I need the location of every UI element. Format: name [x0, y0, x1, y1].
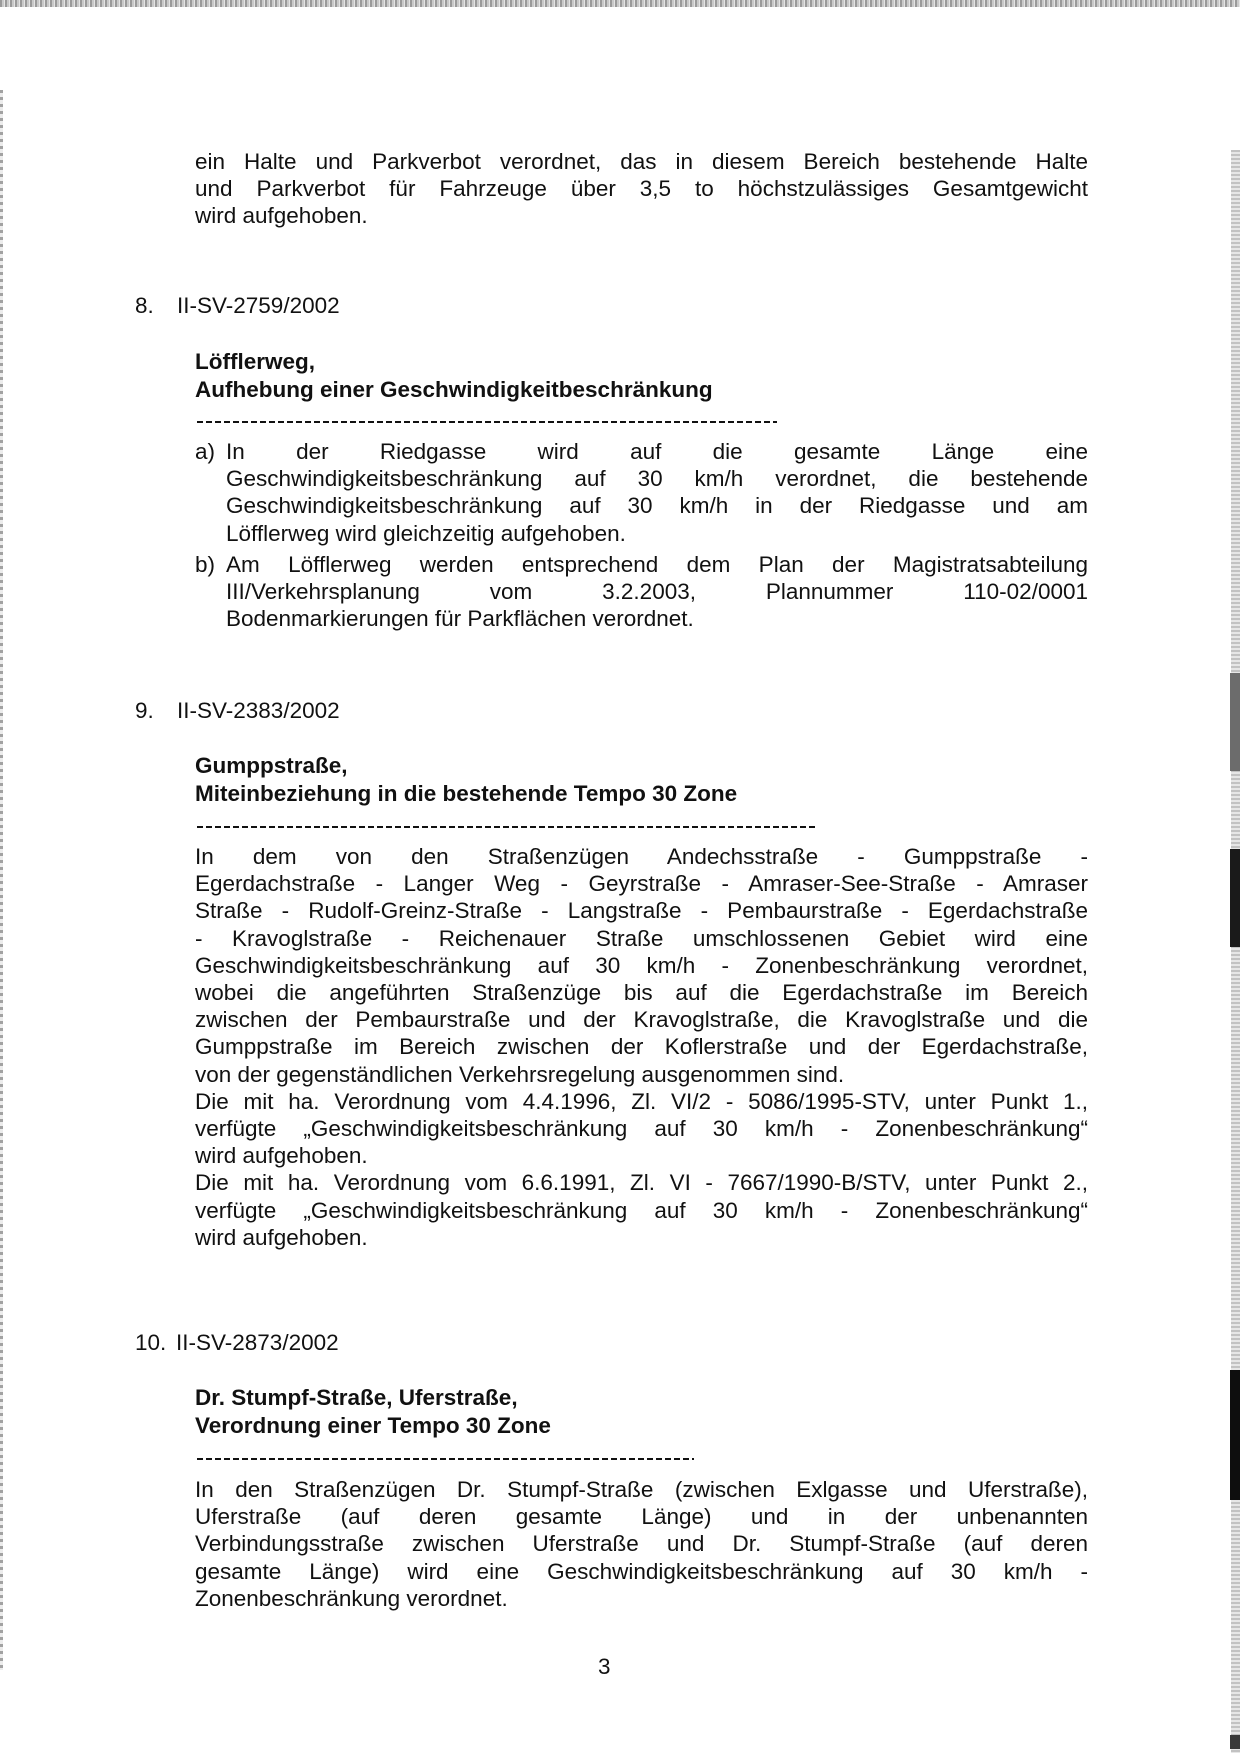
text-line: Geschwindigkeitsbeschränkung auf 30 km/h…	[195, 952, 1088, 979]
text-line: Geschwindigkeitsbeschränkung auf 30 km/h…	[226, 465, 1088, 492]
text-line: - Kravoglstraße - Reichenauer Straße ums…	[195, 925, 1088, 952]
scan-edge-right	[1231, 150, 1240, 1753]
text-line: verfügte „Geschwindigkeitsbeschränkung a…	[195, 1115, 1088, 1142]
text-line: Löfflerweg wird gleichzeitig aufgehoben.	[226, 520, 1088, 547]
scan-edge-band	[1230, 1370, 1240, 1500]
item-8-subitem-a: a) In der Riedgasse wird auf die gesamte…	[195, 438, 1088, 547]
text-line: wird aufgehoben.	[195, 1224, 1088, 1251]
item-8-header: 8.II-SV-2759/2002	[135, 292, 340, 319]
text-line: verfügte „Geschwindigkeitsbeschränkung a…	[195, 1197, 1088, 1224]
page-number: 3	[598, 1654, 611, 1680]
text-line: wird aufgehoben.	[195, 1142, 1088, 1169]
item-8-subitem-b: b) Am Löfflerweg werden entsprechend dem…	[195, 551, 1088, 633]
title-line: Löfflerweg,	[195, 348, 713, 376]
title-line: Dr. Stumpf-Straße, Uferstraße,	[195, 1384, 551, 1412]
item-number: 10.	[135, 1329, 176, 1356]
title-line: Aufhebung einer Geschwindigkeitbeschränk…	[195, 376, 713, 404]
scan-edge-band	[1230, 673, 1240, 771]
text-line: In den Straßenzügen Dr. Stumpf-Straße (z…	[195, 1476, 1088, 1503]
item-8-title: Löfflerweg, Aufhebung einer Geschwindigk…	[195, 348, 713, 404]
text-line: wird aufgehoben.	[195, 202, 1088, 229]
text-line: und Parkverbot für Fahrzeuge über 3,5 to…	[195, 175, 1088, 202]
text-line: wobei die angeführten Straßenzüge bis au…	[195, 979, 1088, 1006]
scan-edge-top	[0, 0, 1240, 7]
item-10-paragraph: In den Straßenzügen Dr. Stumpf-Straße (z…	[195, 1476, 1088, 1612]
text-line: Gumppstraße im Bereich zwischen der Kofl…	[195, 1033, 1088, 1060]
subitem-marker: b)	[195, 551, 215, 578]
text-line: Am Löfflerweg werden entsprechend dem Pl…	[226, 551, 1088, 578]
item-10-header: 10.II-SV-2873/2002	[135, 1329, 339, 1356]
scan-edge-band	[1230, 849, 1240, 947]
title-line: Verordnung einer Tempo 30 Zone	[195, 1412, 551, 1440]
dashed-rule	[197, 421, 777, 423]
text-line: Zonenbeschränkung verordnet.	[195, 1585, 1088, 1612]
item-number: 8.	[135, 292, 177, 319]
text-line: Geschwindigkeitsbeschränkung auf 30 km/h…	[226, 492, 1088, 519]
text-line: Die mit ha. Verordnung vom 4.4.1996, Zl.…	[195, 1088, 1088, 1115]
item-reference: II-SV-2759/2002	[177, 293, 340, 318]
text-line: Straße - Rudolf-Greinz-Straße - Langstra…	[195, 897, 1088, 924]
text-line: Die mit ha. Verordnung vom 6.6.1991, Zl.…	[195, 1169, 1088, 1196]
continuation-paragraph: ein Halte und Parkverbot verordnet, das …	[195, 148, 1088, 230]
item-9-title: Gumppstraße, Miteinbeziehung in die best…	[195, 752, 737, 808]
item-reference: II-SV-2383/2002	[177, 698, 340, 723]
item-9-header: 9.II-SV-2383/2002	[135, 697, 340, 724]
scan-edge-left	[0, 90, 3, 1670]
text-line: III/Verkehrsplanung vom 3.2.2003, Plannu…	[226, 578, 1088, 605]
text-line: gesamte Länge) wird eine Geschwindigkeit…	[195, 1558, 1088, 1585]
dashed-rule	[197, 826, 817, 828]
text-line: In der Riedgasse wird auf die gesamte Lä…	[226, 438, 1088, 465]
text-line: Egerdachstraße - Langer Weg - Geyrstraße…	[195, 870, 1088, 897]
text-line: ein Halte und Parkverbot verordnet, das …	[195, 148, 1088, 175]
item-10-title: Dr. Stumpf-Straße, Uferstraße, Verordnun…	[195, 1384, 551, 1440]
item-9-paragraph-1: In dem von den Straßenzügen Andechsstraß…	[195, 843, 1088, 1251]
title-line: Gumppstraße,	[195, 752, 737, 780]
text-line: Uferstraße (auf deren gesamte Länge) und…	[195, 1503, 1088, 1530]
scan-edge-band	[1230, 1735, 1240, 1749]
text-line: zwischen der Pembaurstraße und der Kravo…	[195, 1006, 1088, 1033]
item-number: 9.	[135, 697, 177, 724]
text-line: von der gegenständlichen Verkehrsregelun…	[195, 1061, 1088, 1088]
dashed-rule	[197, 1458, 694, 1460]
text-line: In dem von den Straßenzügen Andechsstraß…	[195, 843, 1088, 870]
subitem-marker: a)	[195, 438, 215, 465]
title-line: Miteinbeziehung in die bestehende Tempo …	[195, 780, 737, 808]
text-line: Bodenmarkierungen für Parkflächen verord…	[226, 605, 1088, 632]
item-reference: II-SV-2873/2002	[176, 1330, 339, 1355]
text-line: Verbindungsstraße zwischen Uferstraße un…	[195, 1530, 1088, 1557]
